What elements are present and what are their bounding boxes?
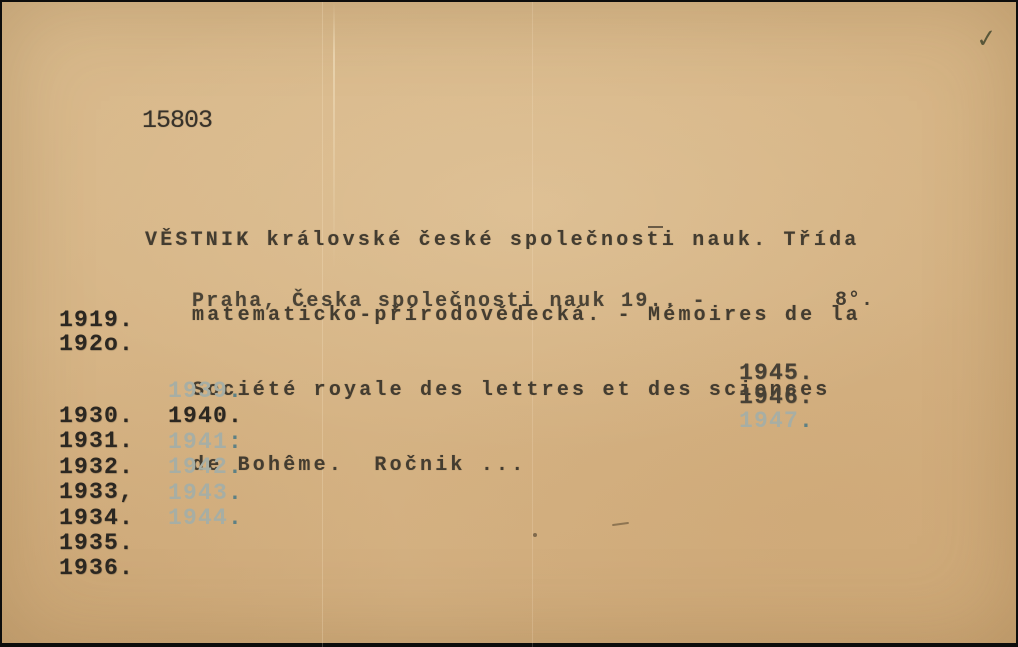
year-entry: 1943. bbox=[168, 481, 243, 506]
year-punctuation: . bbox=[119, 555, 134, 581]
year-number: 1933 bbox=[59, 479, 119, 505]
year-number: 1935 bbox=[59, 530, 119, 556]
year-punctuation: . bbox=[119, 428, 134, 454]
year-number: 1944 bbox=[168, 505, 228, 531]
year-number: 1943 bbox=[168, 480, 228, 506]
year-punctuation: . bbox=[228, 505, 243, 531]
year-punctuation: . bbox=[119, 331, 134, 357]
year-entry: 1933, bbox=[59, 480, 134, 505]
accession-number: 15803 bbox=[142, 106, 212, 135]
year-entry: 1939. bbox=[168, 379, 243, 404]
year-punctuation: . bbox=[119, 307, 134, 333]
checkmark-annotation: ✓ bbox=[975, 23, 999, 54]
year-number: 1934 bbox=[59, 505, 119, 531]
year-entry: 192o. bbox=[59, 332, 134, 356]
year-punctuation: : bbox=[228, 429, 243, 455]
catalog-card-scan: 15803 VĚSTNIK královské české společnost… bbox=[0, 0, 1018, 647]
year-punctuation: . bbox=[119, 530, 134, 556]
holdings-column-middle: 1939.1940.1941:1942.1943.1944. bbox=[168, 379, 243, 531]
year-punctuation: . bbox=[228, 378, 243, 404]
typewriter-underline-mark bbox=[648, 226, 663, 228]
year-number: 1941 bbox=[168, 429, 228, 455]
year-number: 1940 bbox=[168, 403, 228, 429]
year-number: 1919 bbox=[59, 307, 119, 333]
year-punctuation: . bbox=[228, 454, 243, 480]
year-punctuation: . bbox=[799, 360, 814, 386]
holdings-column-left-top: 1919.192o. bbox=[59, 308, 134, 356]
year-entry: 1934. bbox=[59, 506, 134, 531]
year-punctuation: . bbox=[799, 408, 814, 434]
year-entry: 1944. bbox=[168, 506, 243, 531]
year-number: 192o bbox=[59, 331, 119, 357]
imprint-line: Praha, Česka společnosti nauk 19.. - bbox=[192, 290, 707, 313]
year-entry: 1935. bbox=[59, 531, 134, 556]
year-entry: 1946. bbox=[739, 385, 814, 409]
year-entry: 1945. bbox=[739, 361, 814, 385]
year-number: 1932 bbox=[59, 454, 119, 480]
year-entry: 1940. bbox=[168, 404, 243, 429]
ink-speck bbox=[533, 533, 537, 537]
year-punctuation: . bbox=[119, 505, 134, 531]
year-punctuation: . bbox=[119, 454, 134, 480]
year-entry: 1936. bbox=[59, 556, 134, 581]
year-entry: 1930. bbox=[59, 404, 134, 429]
year-number: 1939 bbox=[168, 378, 228, 404]
year-number: 1930 bbox=[59, 403, 119, 429]
year-entry: 1947. bbox=[739, 409, 814, 433]
year-punctuation: . bbox=[799, 384, 814, 410]
year-number: 1931 bbox=[59, 428, 119, 454]
card-paper: 15803 VĚSTNIK královské české společnost… bbox=[0, 0, 1018, 647]
year-number: 1942 bbox=[168, 454, 228, 480]
year-number: 1947 bbox=[739, 408, 799, 434]
title-block: VĚSTNIK královské české společnosti nauk… bbox=[145, 178, 861, 528]
year-entry: 1942. bbox=[168, 455, 243, 480]
year-entry: 1941: bbox=[168, 430, 243, 455]
year-punctuation: , bbox=[119, 479, 134, 505]
year-punctuation: . bbox=[228, 480, 243, 506]
year-number: 1936 bbox=[59, 555, 119, 581]
year-entry: 1931. bbox=[59, 429, 134, 454]
holdings-column-right: 1945.1946.1947. bbox=[739, 361, 814, 433]
year-entry: 1919. bbox=[59, 308, 134, 332]
year-entry: 1932. bbox=[59, 455, 134, 480]
year-number: 1945 bbox=[739, 360, 799, 386]
year-punctuation: . bbox=[119, 403, 134, 429]
title-line: VĚSTNIK královské české společnosti nauk… bbox=[145, 228, 861, 253]
title-line: de Bohême. Ročnik ... bbox=[145, 453, 861, 478]
year-number: 1946 bbox=[739, 384, 799, 410]
format-notation: 8°. bbox=[835, 289, 874, 312]
year-punctuation: . bbox=[228, 403, 243, 429]
holdings-column-left-main: 1930.1931.1932.1933,1934.1935.1936. bbox=[59, 404, 134, 582]
